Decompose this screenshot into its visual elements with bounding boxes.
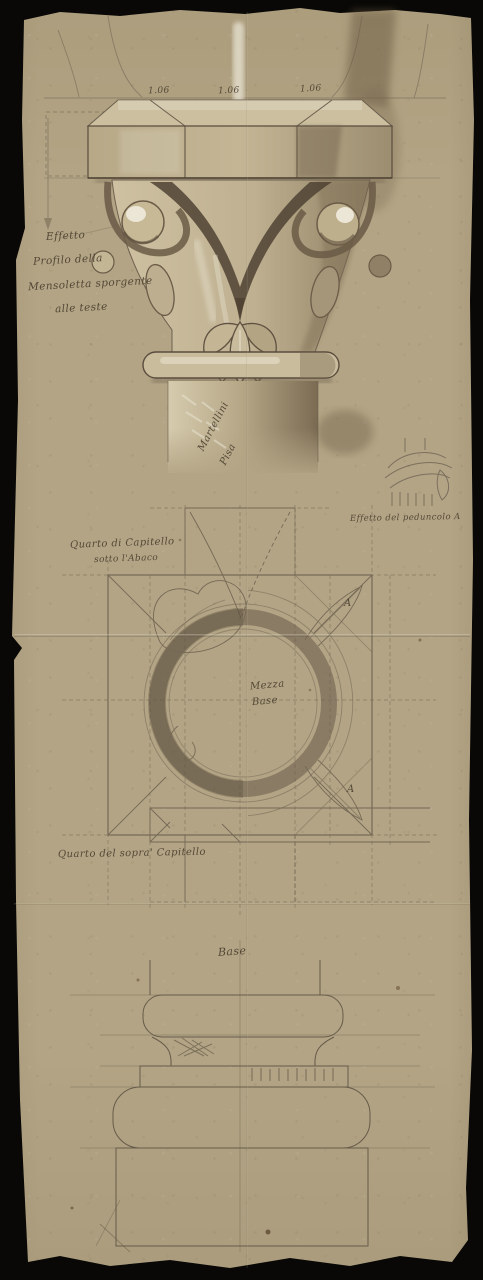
measurement-right: 1.06 bbox=[300, 83, 322, 94]
scanned-drawing-page: { "annotations": { "measurements": ["1.0… bbox=[0, 0, 483, 1280]
marker-a-bottom: A bbox=[347, 784, 355, 796]
caption-effetto-line1: Effetto bbox=[46, 229, 86, 243]
marker-a-top: A bbox=[344, 598, 352, 610]
label-base-center: Base bbox=[252, 695, 279, 709]
base-profile bbox=[70, 940, 435, 1252]
label-base-bottom: Base bbox=[218, 945, 247, 960]
measurement-left: 1.06 bbox=[148, 86, 170, 97]
astragal-ring bbox=[143, 352, 339, 383]
pedestal-sketch bbox=[385, 438, 452, 506]
column-shaft bbox=[158, 381, 373, 478]
abacus-block bbox=[88, 100, 392, 183]
caption-peduncolo: Effetto del peduncolo A bbox=[350, 513, 461, 525]
measurement-center: 1.06 bbox=[218, 86, 240, 97]
drawing-artwork bbox=[0, 0, 483, 1280]
